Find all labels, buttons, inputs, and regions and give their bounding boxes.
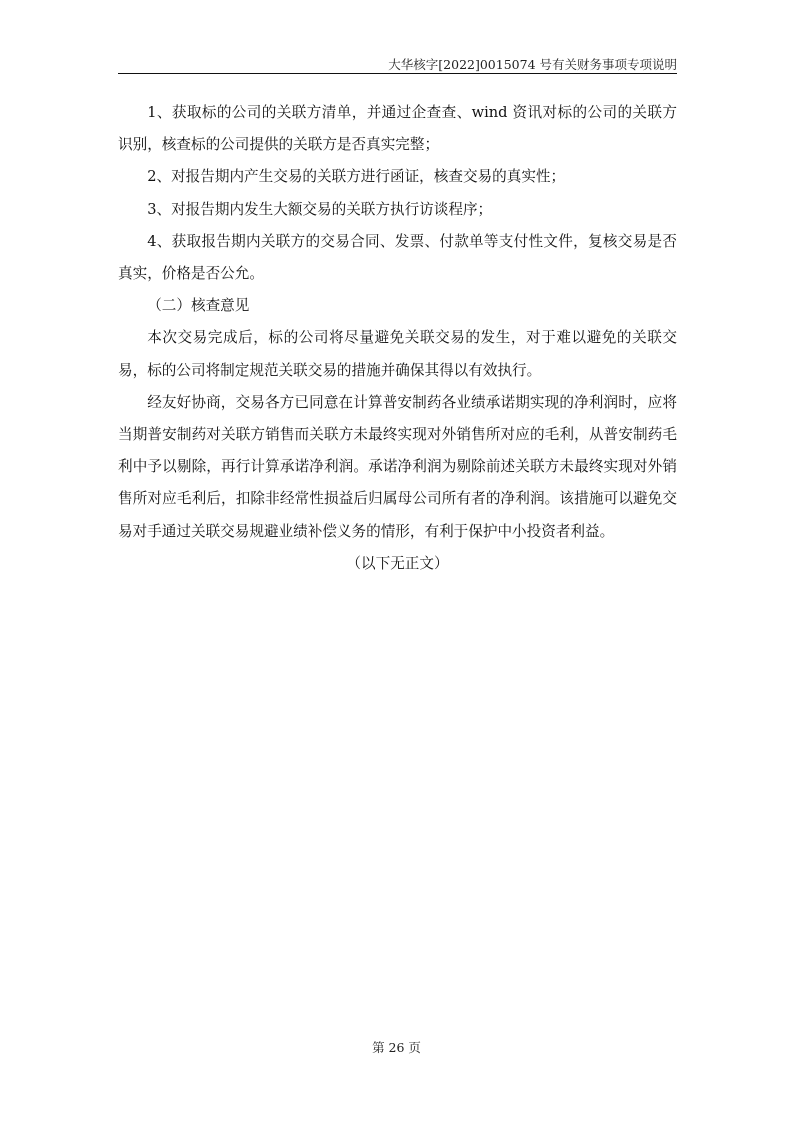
section-heading: （二）核查意见 xyxy=(118,290,677,322)
opinion-paragraph-1: 本次交易完成后，标的公司将尽量避免关联交易的发生，对于难以避免的关联交易，标的公… xyxy=(118,322,677,386)
opinion-paragraph-2: 经友好协商，交易各方已同意在计算普安制药各业绩承诺期实现的净利润时，应将当期普安… xyxy=(118,387,677,548)
procedure-item-3: 3、对报告期内发生大额交易的关联方执行访谈程序； xyxy=(118,194,677,226)
procedure-item-1: 1、获取标的公司的关联方清单，并通过企查查、wind 资讯对标的公司的关联方识别… xyxy=(118,97,677,161)
header-divider xyxy=(118,73,677,74)
closing-note: （以下无正文） xyxy=(118,548,677,580)
document-body: 1、获取标的公司的关联方清单，并通过企查查、wind 资讯对标的公司的关联方识别… xyxy=(118,97,677,580)
document-header-title: 大华核字[2022]0015074 号有关财务事项专项说明 xyxy=(388,55,677,73)
page-number: 第 26 页 xyxy=(0,1038,793,1056)
procedure-item-2: 2、对报告期内产生交易的关联方进行函证，核查交易的真实性； xyxy=(118,161,677,193)
procedure-item-4: 4、获取报告期内关联方的交易合同、发票、付款单等支付性文件，复核交易是否真实，价… xyxy=(118,226,677,290)
